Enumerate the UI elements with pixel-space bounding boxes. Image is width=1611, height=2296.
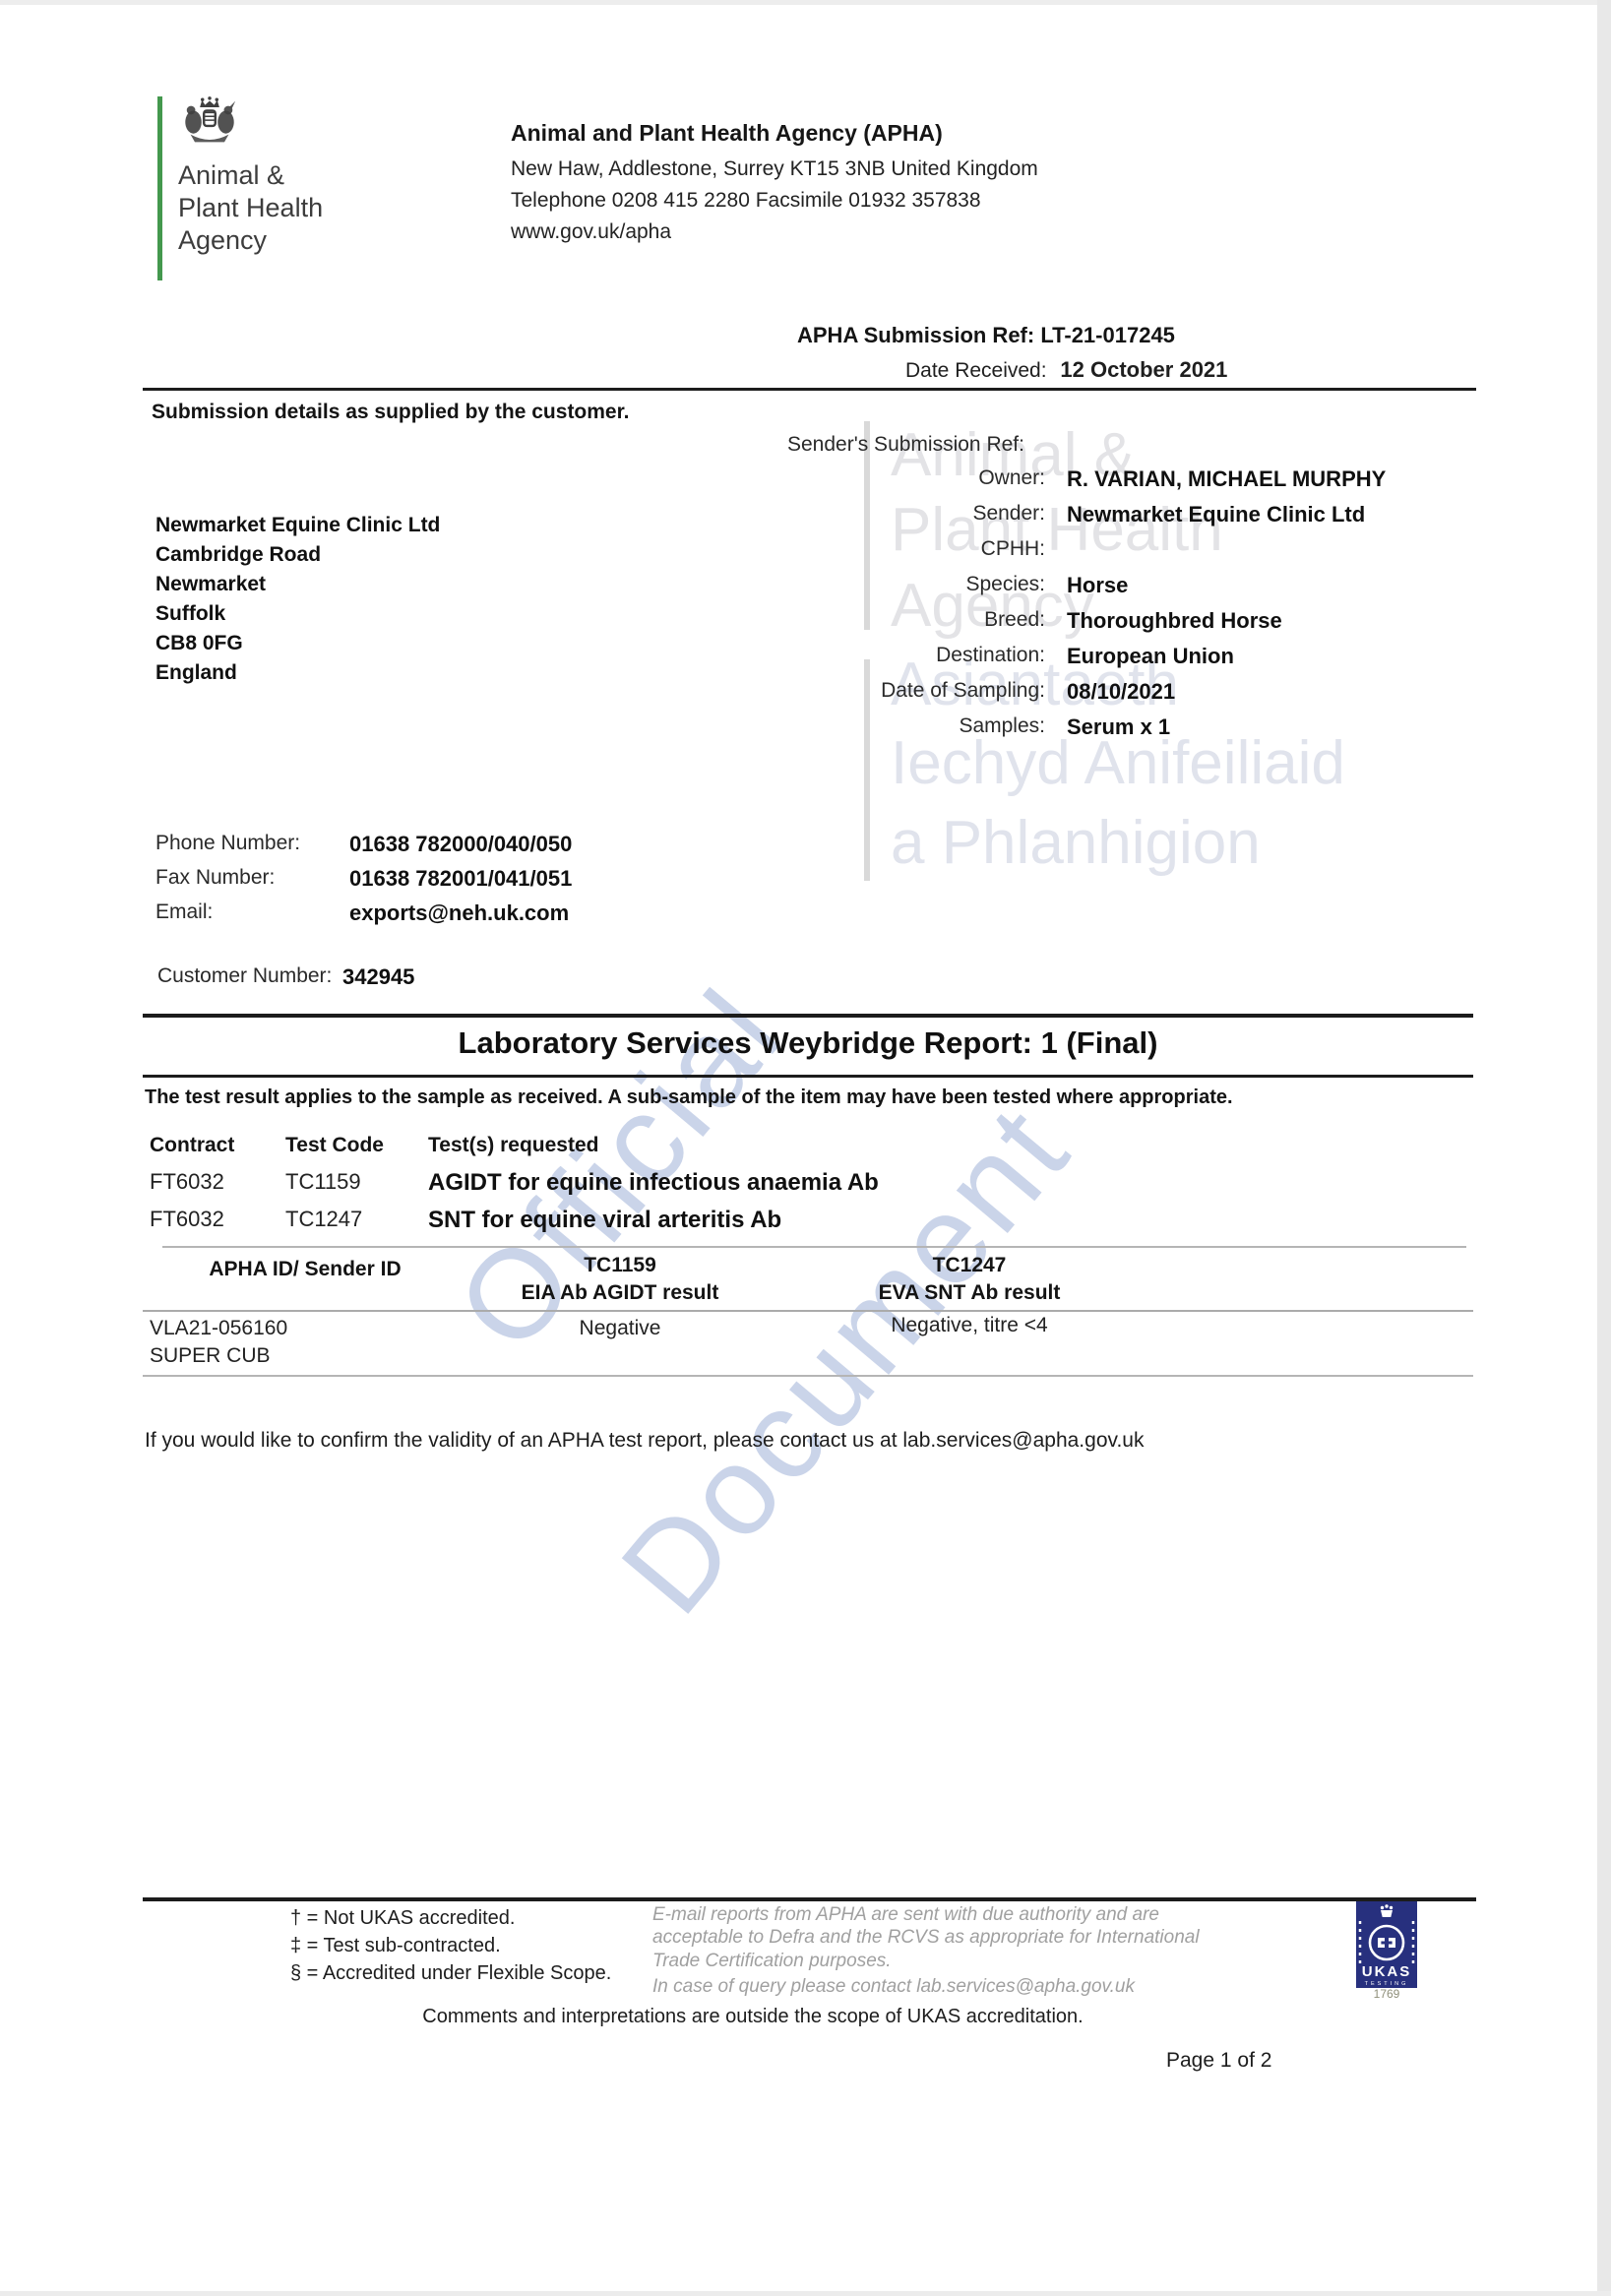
detail-row-samples: Samples: Serum x 1 (679, 714, 1427, 750)
detail-label: CPHH: (679, 537, 1045, 561)
detail-label: Species: (679, 573, 1045, 596)
ukas-logo-icon: UKAS TESTING 1769 (1356, 1897, 1417, 2000)
detail-value: European Union (1067, 644, 1234, 669)
apha-logo-green-bar (157, 96, 162, 280)
email-authority-note-line: acceptable to Defra and the RCVS as appr… (652, 1926, 1282, 1950)
contact-label: Email: (155, 900, 349, 926)
detail-label: Date of Sampling: (679, 679, 1045, 703)
result-apha-id: VLA21-056160 (150, 1317, 287, 1340)
table-cell-test-code: TC1159 (285, 1169, 361, 1195)
contact-row-email: Email: exports@neh.uk.com (155, 900, 569, 926)
legend-not-accredited: † = Not UKAS accredited. (290, 1907, 515, 1930)
address-line: Cambridge Road (155, 540, 440, 570)
scan-edge-top (0, 0, 1611, 5)
customer-number-value: 342945 (342, 964, 414, 990)
customer-number-label: Customer Number: (157, 964, 342, 990)
results-header-apha-id: APHA ID/ Sender ID (177, 1258, 433, 1281)
address-line: CB8 0FG (155, 629, 440, 658)
table-cell-test-code: TC1247 (285, 1207, 362, 1232)
date-received-label: Date Received: (905, 359, 1047, 382)
submission-ref-label: APHA Submission Ref: (797, 323, 1034, 347)
detail-value: Thoroughbred Horse (1067, 608, 1282, 634)
date-received-value: 12 October 2021 (1060, 357, 1227, 382)
column-header-contract: Contract (150, 1134, 234, 1157)
footer-divider (143, 1897, 1476, 1901)
divider-light (143, 1375, 1473, 1377)
divider (143, 388, 1476, 391)
detail-label: Owner: (679, 466, 1045, 490)
address-line: Newmarket (155, 570, 440, 599)
submission-ref-value: LT-21-017245 (1040, 323, 1175, 347)
email-authority-note-line: E-mail reports from APHA are sent with d… (652, 1903, 1282, 1927)
divider (143, 1014, 1473, 1018)
royal-crest-icon (179, 93, 240, 155)
column-header-test-code: Test Code (285, 1134, 384, 1157)
contact-value: exports@neh.uk.com (349, 900, 569, 926)
apha-logo-line: Plant Health (178, 192, 323, 224)
report-title: Laboratory Services Weybridge Report: 1 … (143, 1025, 1473, 1061)
apha-logo-line: Animal & (178, 159, 323, 192)
address-line: Newmarket Equine Clinic Ltd (155, 511, 440, 540)
contact-label: Phone Number: (155, 832, 349, 857)
scan-edge-bottom (0, 2291, 1611, 2296)
watermark-agency-cy-line: a Phlanhigion (891, 813, 1261, 874)
agency-address: New Haw, Addlestone, Surrey KT15 3NB Uni… (511, 157, 1038, 181)
table-cell-contract: FT6032 (150, 1207, 224, 1232)
detail-row-destination: Destination: European Union (679, 644, 1427, 679)
results-header-eva-result: EVA SNT Ab result (832, 1281, 1107, 1305)
validity-note: If you would like to confirm the validit… (145, 1429, 1144, 1453)
column-header-tests-requested: Test(s) requested (428, 1134, 599, 1157)
ukas-testing-logo: UKAS TESTING 1769 (1356, 1897, 1417, 2005)
detail-value: 08/10/2021 (1067, 679, 1175, 705)
contact-value: 01638 782001/041/051 (349, 866, 572, 892)
result-eva-value: Negative, titre <4 (832, 1314, 1107, 1337)
apha-submission-ref: APHA Submission Ref: LT-21-017245 (797, 323, 1175, 348)
legend-flexible-scope: § = Accredited under Flexible Scope. (290, 1962, 611, 1985)
scan-edge-right (1597, 0, 1611, 2296)
detail-value: Newmarket Equine Clinic Ltd (1067, 502, 1365, 527)
comments-scope-note: Comments and interpretations are outside… (143, 2006, 1363, 2028)
table-cell-test-name: SNT for equine viral arteritis Ab (428, 1207, 781, 1234)
divider (143, 1075, 1473, 1078)
detail-label: Sender: (679, 502, 1045, 526)
query-contact-note: In case of query please contact lab.serv… (652, 1976, 1135, 1998)
table-cell-test-name: AGIDT for equine infectious anaemia Ab (428, 1169, 879, 1197)
agency-phone: Telephone 0208 415 2280 Facsimile 01932 … (511, 189, 981, 213)
apha-logo-line: Agency (178, 224, 323, 257)
detail-row-species: Species: Horse (679, 573, 1427, 608)
svg-text:1769: 1769 (1374, 1987, 1400, 2000)
scanned-lab-report-page: Official Document Animal & Plant Health … (0, 0, 1611, 2296)
contact-row-phone: Phone Number: 01638 782000/040/050 (155, 832, 572, 857)
contact-value: 01638 782000/040/050 (349, 832, 572, 857)
detail-value: R. VARIAN, MICHAEL MURPHY (1067, 466, 1386, 492)
customer-number-row: Customer Number: 342945 (157, 964, 414, 990)
divider-light (162, 1246, 1466, 1248)
page-number: Page 1 of 2 (1166, 2049, 1271, 2073)
results-header-eia-result: EIA Ab AGIDT result (482, 1281, 758, 1305)
customer-address-block: Newmarket Equine Clinic Ltd Cambridge Ro… (155, 511, 440, 688)
detail-label: Samples: (679, 714, 1045, 738)
legend-subcontracted: ‡ = Test sub-contracted. (290, 1935, 501, 1957)
detail-value: Horse (1067, 573, 1128, 598)
agency-title: Animal and Plant Health Agency (APHA) (511, 120, 943, 147)
sender-submission-ref-label: Sender's Submission Ref: (787, 433, 1024, 457)
results-header-tc1159: TC1159 (482, 1254, 758, 1277)
contact-row-fax: Fax Number: 01638 782001/041/051 (155, 866, 572, 892)
agency-website: www.gov.uk/apha (511, 220, 671, 244)
report-note: The test result applies to the sample as… (145, 1086, 1233, 1109)
detail-row-cphh: CPHH: (679, 537, 1427, 573)
detail-value: Serum x 1 (1067, 714, 1170, 740)
result-eia-value: Negative (482, 1317, 758, 1340)
svg-text:UKAS: UKAS (1362, 1963, 1412, 1980)
detail-row-sampling-date: Date of Sampling: 08/10/2021 (679, 679, 1427, 714)
date-received: Date Received: 12 October 2021 (905, 357, 1227, 383)
address-line: England (155, 658, 440, 688)
email-authority-note-line: Trade Certification purposes. (652, 1950, 1282, 1973)
detail-row-sender: Sender: Newmarket Equine Clinic Ltd (679, 502, 1427, 537)
detail-label: Breed: (679, 608, 1045, 632)
result-sender-id: SUPER CUB (150, 1344, 271, 1368)
apha-logo-text: Animal & Plant Health Agency (178, 159, 323, 257)
table-cell-contract: FT6032 (150, 1169, 224, 1195)
results-header-tc1247: TC1247 (832, 1254, 1107, 1277)
address-line: Suffolk (155, 599, 440, 629)
detail-row-breed: Breed: Thoroughbred Horse (679, 608, 1427, 644)
divider-light (143, 1310, 1473, 1312)
contact-label: Fax Number: (155, 866, 349, 892)
submission-details-heading: Submission details as supplied by the cu… (152, 401, 629, 424)
detail-row-owner: Owner: R. VARIAN, MICHAEL MURPHY (679, 466, 1427, 502)
detail-label: Destination: (679, 644, 1045, 667)
